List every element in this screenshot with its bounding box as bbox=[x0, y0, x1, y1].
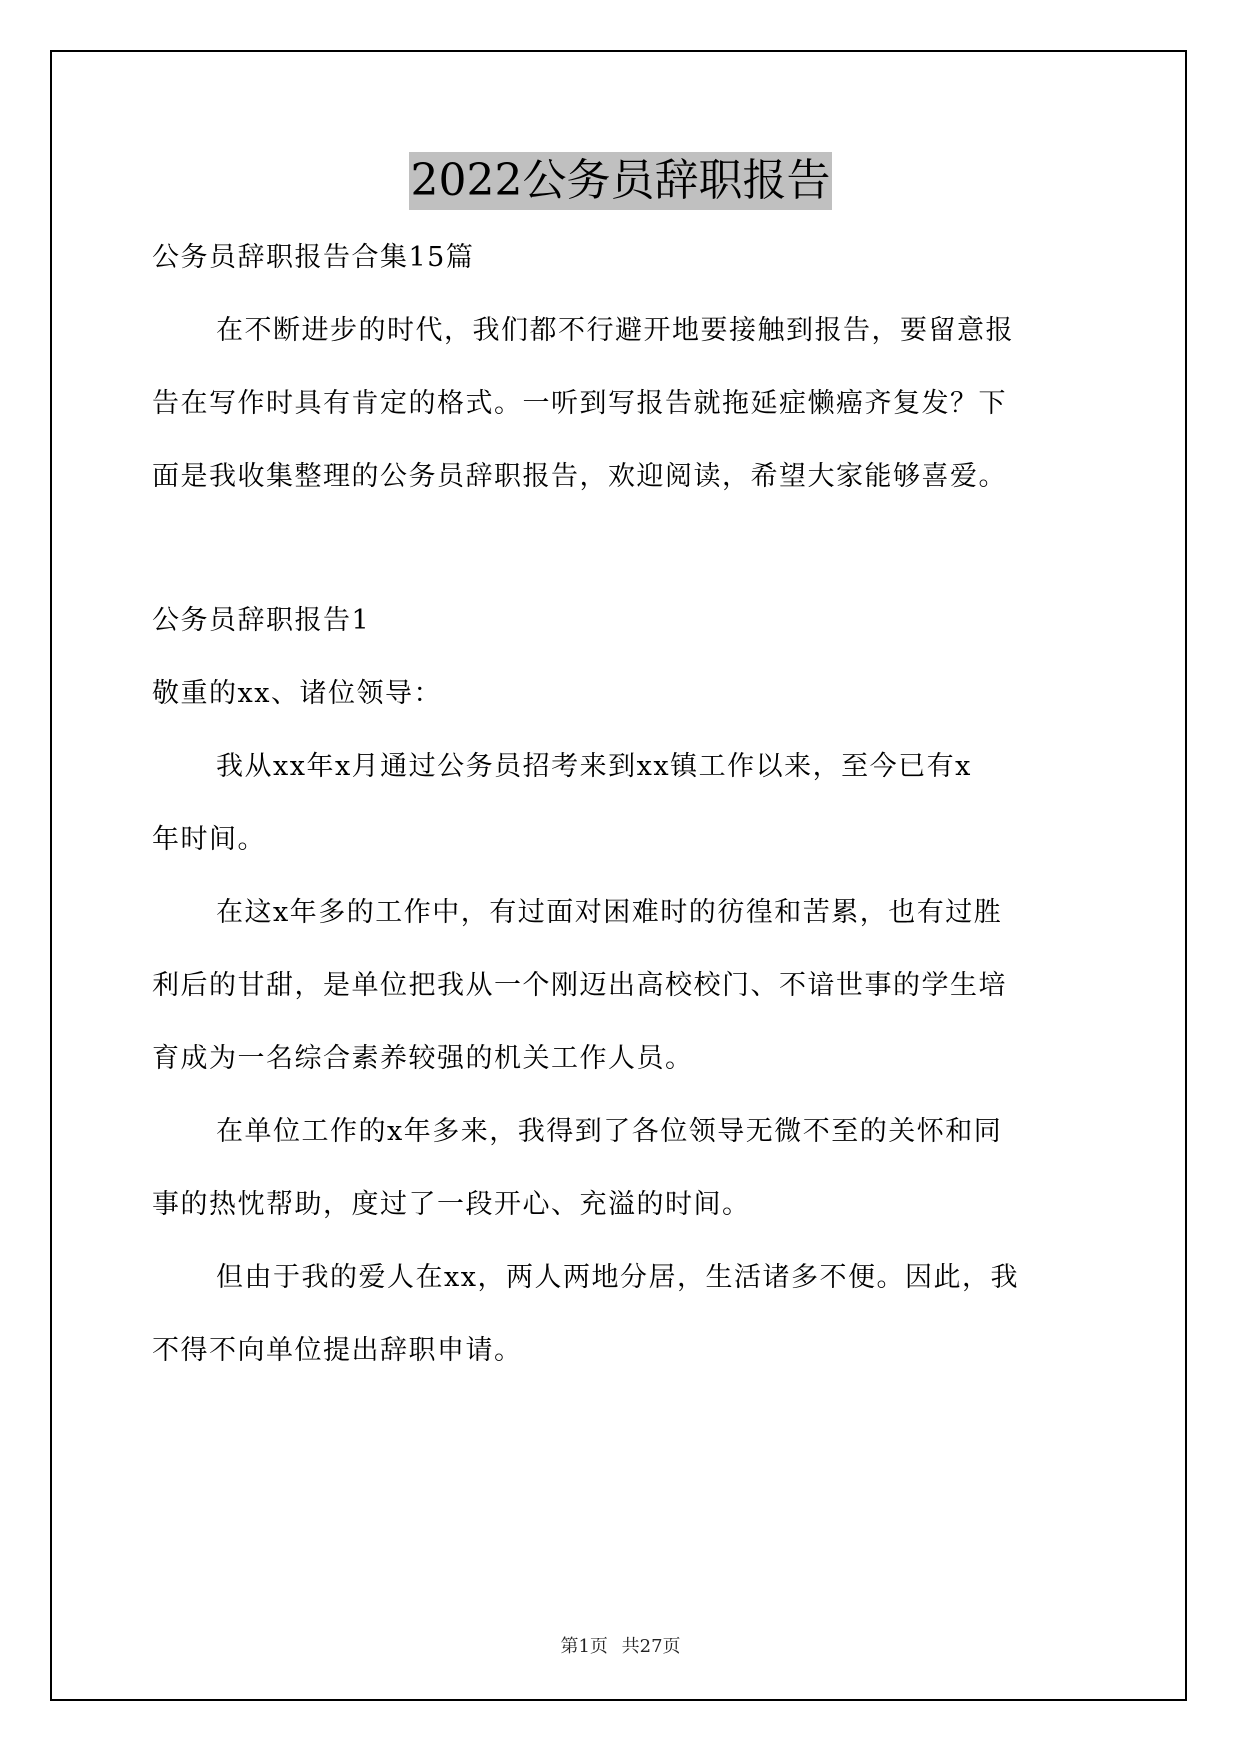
section-heading: 公务员辞职报告1 bbox=[152, 603, 370, 639]
body-line-2: 年时间。 bbox=[152, 822, 266, 858]
body-line-8: 但由于我的爱人在xx，两人两地分居，生活诸多不便。因此，我 bbox=[216, 1260, 1019, 1296]
page-total: 共27页 bbox=[622, 1636, 681, 1657]
intro-line-1: 在不断进步的时代，我们都不行避开地要接触到报告，要留意报 bbox=[216, 313, 1014, 349]
page-number: 第1页 bbox=[560, 1636, 607, 1657]
subtitle: 公务员辞职报告合集15篇 bbox=[152, 240, 474, 276]
body-line-9: 不得不向单位提出辞职申请。 bbox=[152, 1333, 523, 1369]
document-title: 2022公务员辞职报告 bbox=[409, 152, 833, 210]
body-line-7: 事的热忱帮助，度过了一段开心、充溢的时间。 bbox=[152, 1187, 751, 1223]
intro-line-2: 告在写作时具有肯定的格式。一听到写报告就拖延症懒癌齐复发？下 bbox=[152, 386, 1007, 422]
body-line-6: 在单位工作的x年多来，我得到了各位领导无微不至的关怀和同 bbox=[216, 1114, 1002, 1150]
body-line-4: 利后的甘甜，是单位把我从一个刚迈出高校校门、不谙世事的学生培 bbox=[152, 968, 1007, 1004]
intro-line-3: 面是我收集整理的公务员辞职报告，欢迎阅读，希望大家能够喜爱。 bbox=[152, 459, 1007, 495]
page-footer: 第1页 共27页 bbox=[0, 1632, 1241, 1658]
title-container: 2022公务员辞职报告 bbox=[0, 152, 1241, 210]
body-line-1: 我从xx年x月通过公务员招考来到xx镇工作以来，至今已有x bbox=[216, 749, 972, 785]
body-line-3: 在这x年多的工作中，有过面对困难时的彷徨和苦累，也有过胜 bbox=[216, 895, 1002, 931]
body-line-5: 育成为一名综合素养较强的机关工作人员。 bbox=[152, 1041, 694, 1077]
page-border bbox=[50, 50, 1187, 1701]
salutation: 敬重的xx、诸位领导： bbox=[152, 676, 442, 712]
